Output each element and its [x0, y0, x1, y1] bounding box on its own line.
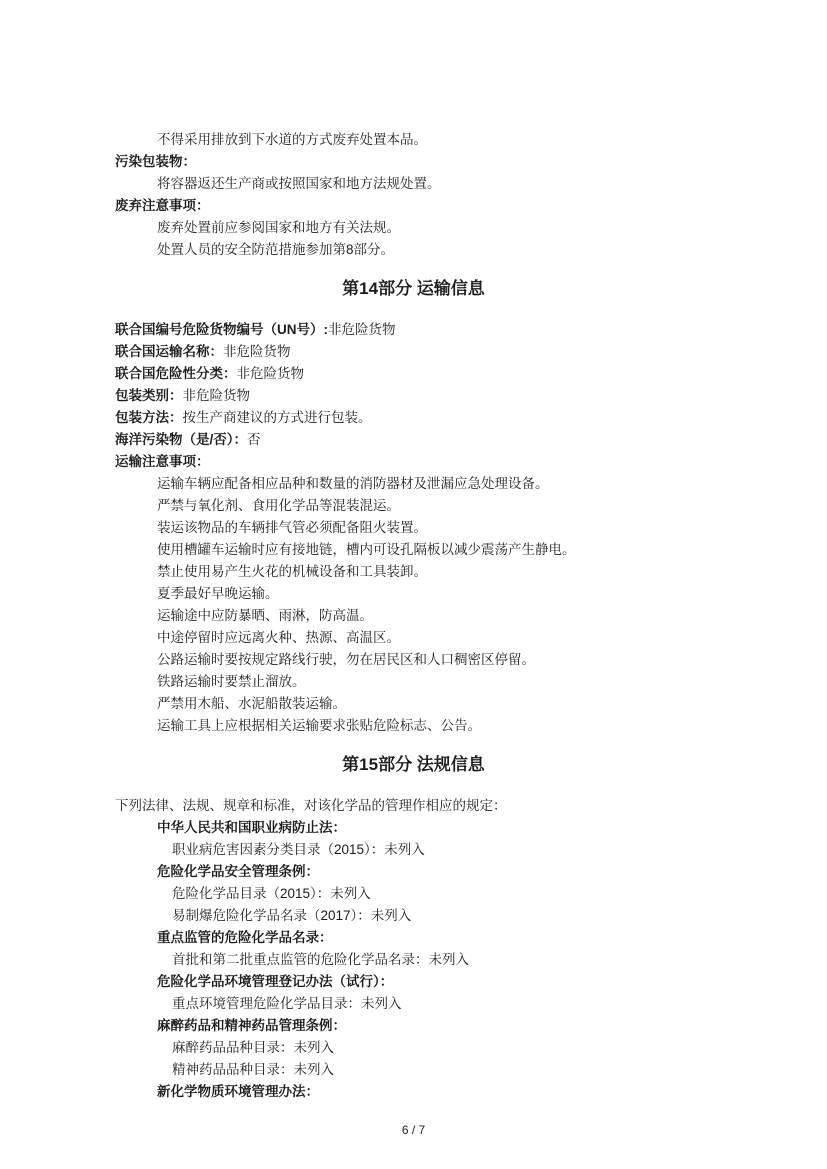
field-value: 否 — [247, 432, 261, 447]
transport-note-line: 中途停留时应远离火种、热源、高温区。 — [115, 627, 712, 649]
field-label: 联合国运输名称： — [115, 344, 223, 359]
section14-fields: 联合国编号危险货物编号（UN号）:非危险货物 联合国运输名称：非危险货物 联合国… — [115, 319, 712, 473]
field-line: 联合国运输名称：非危险货物 — [115, 341, 712, 363]
regulation-line: 精神药品品种目录：未列入 — [115, 1059, 712, 1081]
section15-regulations: 中华人民共和国职业病防止法： 职业病危害因素分类目录（2015）：未列入 危险化… — [115, 817, 712, 1103]
regulation-line: 首批和第二批重点监管的危险化学品名录：未列入 — [115, 949, 712, 971]
transport-note-line: 公路运输时要按规定路线行驶，勿在居民区和人口稠密区停留。 — [115, 649, 712, 671]
transport-note-line: 夏季最好早晚运输。 — [115, 583, 712, 605]
regulation-line: 危险化学品目录（2015）：未列入 — [115, 883, 712, 905]
field-value: 非危险货物 — [223, 344, 291, 359]
field-line: 联合国编号危险货物编号（UN号）:非危险货物 — [115, 319, 712, 341]
disposal-line: 处置人员的安全防范措施参加第8部分。 — [115, 239, 712, 261]
regulation-line: 中华人民共和国职业病防止法： — [115, 817, 712, 839]
transport-note-line: 运输工具上应根据相关运输要求张贴危险标志、公告。 — [115, 715, 712, 737]
regulation-line: 麻醉药品和精神药品管理条例： — [115, 1015, 712, 1037]
section15-title: 第15部分 法规信息 — [115, 751, 712, 778]
field-line: 运输注意事项： — [115, 451, 712, 473]
field-value: 非危险货物 — [183, 388, 251, 403]
field-line: 包装方法：按生产商建议的方式进行包装。 — [115, 407, 712, 429]
transport-note-line: 严禁用木船、水泥船散装运输。 — [115, 693, 712, 715]
disposal-line: 废弃注意事项： — [115, 195, 712, 217]
transport-note-line: 运输途中应防暴晒、雨淋，防高温。 — [115, 605, 712, 627]
disposal-line: 不得采用排放到下水道的方式废弃处置本品。 — [115, 129, 712, 151]
field-line: 包装类别：非危险货物 — [115, 385, 712, 407]
regulation-line: 重点监管的危险化学品名录： — [115, 927, 712, 949]
document-page: 不得采用排放到下水道的方式废弃处置本品。 污染包装物： 将容器返还生产商或按照国… — [0, 0, 827, 1169]
disposal-line: 将容器返还生产商或按照国家和地方法规处置。 — [115, 173, 712, 195]
regulation-line: 危险化学品安全管理条例： — [115, 861, 712, 883]
field-label: 运输注意事项： — [115, 454, 210, 469]
field-label: 联合国编号危险货物编号（UN号）: — [115, 322, 328, 337]
field-value: 非危险货物 — [237, 366, 305, 381]
disposal-line: 废弃处置前应参阅国家和地方有关法规。 — [115, 217, 712, 239]
regulation-line: 麻醉药品品种目录：未列入 — [115, 1037, 712, 1059]
field-line: 联合国危险性分类：非危险货物 — [115, 363, 712, 385]
regulation-line: 重点环境管理危险化学品目录：未列入 — [115, 993, 712, 1015]
document-content: 不得采用排放到下水道的方式废弃处置本品。 污染包装物： 将容器返还生产商或按照国… — [115, 129, 712, 1103]
transport-note-line: 使用槽罐车运输时应有接地链，槽内可设孔隔板以减少震荡产生静电。 — [115, 539, 712, 561]
field-value: 非危险货物 — [328, 322, 396, 337]
section14-title: 第14部分 运输信息 — [115, 275, 712, 302]
disposal-section: 不得采用排放到下水道的方式废弃处置本品。 污染包装物： 将容器返还生产商或按照国… — [115, 129, 712, 261]
transport-note-line: 装运该物品的车辆排气管必须配备阻火装置。 — [115, 517, 712, 539]
transport-note-line: 铁路运输时要禁止溜放。 — [115, 671, 712, 693]
regulation-line: 职业病危害因素分类目录（2015）：未列入 — [115, 839, 712, 861]
section14-notes: 运输车辆应配备相应品种和数量的消防器材及泄漏应急处理设备。 严禁与氧化剂、食用化… — [115, 473, 712, 737]
section15-intro: 下列法律、法规、规章和标准，对该化学品的管理作相应的规定： — [115, 795, 712, 817]
page-number: 6 / 7 — [0, 1122, 827, 1138]
transport-note-line: 禁止使用易产生火花的机械设备和工具装卸。 — [115, 561, 712, 583]
regulation-line: 易制爆危险化学品名录（2017）：未列入 — [115, 905, 712, 927]
field-label: 包装类别： — [115, 388, 183, 403]
transport-note-line: 严禁与氧化剂、食用化学品等混装混运。 — [115, 495, 712, 517]
field-label: 联合国危险性分类： — [115, 366, 237, 381]
transport-note-line: 运输车辆应配备相应品种和数量的消防器材及泄漏应急处理设备。 — [115, 473, 712, 495]
regulation-line: 危险化学品环境管理登记办法（试行）： — [115, 971, 712, 993]
regulation-line: 新化学物质环境管理办法： — [115, 1081, 712, 1103]
field-value: 按生产商建议的方式进行包装。 — [183, 410, 372, 425]
disposal-line: 污染包装物： — [115, 151, 712, 173]
field-label: 包装方法： — [115, 410, 183, 425]
field-label: 海洋污染物（是/否）： — [115, 432, 247, 447]
field-line: 海洋污染物（是/否）：否 — [115, 429, 712, 451]
